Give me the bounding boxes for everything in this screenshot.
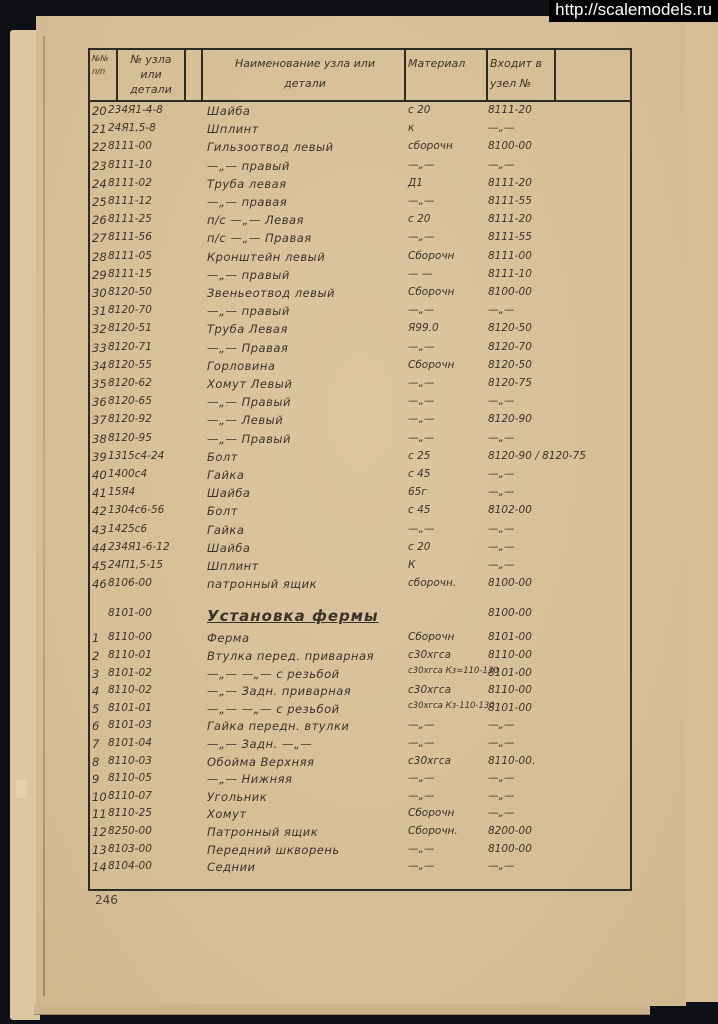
row-name: —„— Правый [207,395,291,409]
row-name: Угольник [207,790,267,804]
row-assembly: —„— [488,807,514,819]
table-row: 118110-25ХомутСборочн—„— [90,807,630,825]
row-name: —„— Правая [207,341,288,355]
watermark: http://scalemodels.ru [549,0,718,22]
row-number: 29 [92,268,107,282]
col-divider [554,50,556,100]
table-row: 308120-50Звеньеотвод левыйСборочн8100-00 [90,286,630,304]
table-row: 348120-55ГорловинаСборочн8120-50 [90,359,630,377]
page-number: 246 [95,893,118,907]
row-name: —„— правый [207,304,290,318]
row-name: Гайка [207,468,244,482]
row-name: —„— Правый [207,432,291,446]
row-material: —„— [408,231,434,243]
row-material: с30хгса Кз=110-130 [408,667,499,676]
row-part-number: 8120-71 [108,341,152,353]
row-part-number: 8106-00 [108,577,152,589]
row-assembly: 8111-20 [488,177,532,189]
row-material: сборочн [408,140,453,152]
row-material: к [408,122,414,134]
row-number: 10 [92,790,107,804]
row-assembly: 8100-00 [488,140,532,152]
table-row: 368120-65—„— Правый—„——„— [90,395,630,413]
row-part-number: 8120-95 [108,432,152,444]
col-divider [116,50,118,100]
table-row: 338120-71—„— Правая—„—8120-70 [90,341,630,359]
row-number: 22 [92,140,107,154]
row-material: —„— [408,195,434,207]
table-row: 138103-00Передний шкворень—„—8100-00 [90,843,630,861]
row-assembly: —„— [488,159,514,171]
row-number: 4 [92,684,99,698]
row-name: п/с —„— Левая [207,213,304,227]
table-row: 88110-03Обойма Верхняяс30хгса8110-00. [90,755,630,773]
table-row: 468106-00патронный ящиксборочн.8100-00 [90,577,630,595]
row-part-number: 8120-55 [108,359,152,371]
table-row: 20234Я1-4-8Шайбас 208111-20 [90,104,630,122]
row-name: Шайба [207,486,250,500]
row-number: 3 [92,667,99,681]
row-number: 9 [92,772,99,786]
row-assembly: 8120-70 [488,341,532,353]
row-part-number: 8101-03 [108,719,152,731]
row-assembly: —„— [488,541,514,553]
row-number: 25 [92,195,107,209]
row-name: Хомут [207,807,247,821]
row-name: —„— правый [207,268,290,282]
row-name: —„— Левый [207,413,283,427]
row-assembly: 8110-00 [488,649,532,661]
row-material: Сборочн [408,359,454,371]
row-material: Сборочн [408,807,454,819]
row-number: 21 [92,122,107,136]
row-part-number: 8120-51 [108,322,152,334]
row-part-number: 8120-62 [108,377,152,389]
row-material: Сборочн [408,250,454,262]
row-part-number: 8120-70 [108,304,152,316]
row-material: с30хгса [408,755,451,767]
row-part-number: 8111-05 [108,250,152,262]
row-material: —„— [408,395,434,407]
row-name: Передний шкворень [207,843,340,857]
row-number: 41 [92,486,107,500]
row-name: Болт [207,450,238,464]
table-row: 298111-15—„— правый— —8111-10 [90,268,630,286]
table-row: 391315с4-24Болтс 258120-90 / 8120-75 [90,450,630,468]
row-number: 43 [92,523,107,537]
section-title: Установка фермы [207,607,379,625]
row-material: —„— [408,377,434,389]
row-number: 2 [92,649,99,663]
row-assembly: 8111-55 [488,195,532,207]
row-material: сборочн. [408,577,456,589]
row-name: п/с —„— Правая [207,231,312,245]
row-material: —„— [408,860,434,872]
row-material: —„— [408,737,434,749]
row-part-number: 15Я4 [108,486,135,498]
row-part-number: 8110-00 [108,631,152,643]
table-row: 228111-00Гильзоотвод левыйсборочн8100-00 [90,140,630,158]
row-number: 13 [92,843,107,857]
row-assembly: —„— [488,122,514,134]
row-assembly: 8111-20 [488,213,532,225]
row-number: 31 [92,304,107,318]
row-material: —„— [408,843,434,855]
table-row: 128250-00Патронный ящикСборочн.8200-00 [90,825,630,843]
row-material: с 20 [408,541,430,553]
table-row: 388120-95—„— Правый—„——„— [90,432,630,450]
row-name: Труба левая [207,177,287,191]
row-name: —„— —„— с резьбой [207,702,340,716]
row-number: 5 [92,702,99,716]
row-assembly: 8111-10 [488,268,532,280]
row-part-number: 8111-02 [108,177,152,189]
table-row: 28110-01Втулка перед. приварнаяс30хгса81… [90,649,630,667]
row-number: 28 [92,250,107,264]
row-assembly: —„— [488,395,514,407]
row-number: 39 [92,450,107,464]
table-row: 44234Я1-6-12Шайбас 20—„— [90,541,630,559]
row-name: Гайка передн. втулки [207,719,349,733]
table-row: 268111-25п/с —„— Леваяс 208111-20 [90,213,630,231]
row-part-number: 8111-12 [108,195,152,207]
row-number: 11 [92,807,107,821]
row-name: Обойма Верхняя [207,755,314,769]
row-assembly: —„— [488,559,514,571]
row-part-number: 234Я1-4-8 [108,104,163,116]
row-material: К [408,559,415,571]
row-material: Д1 [408,177,423,189]
row-assembly: —„— [488,304,514,316]
table-row: 358120-62Хомут Левый—„—8120-75 [90,377,630,395]
row-part-number: 8250-00 [108,825,152,837]
row-name: —„— правый [207,159,290,173]
row-assembly: 8101-00 [488,702,532,714]
table-row: 48110-02—„— Задн. приварнаяс30хгса8110-0… [90,684,630,702]
row-assembly: 8101-00 [488,667,532,679]
row-material: с30хгса [408,684,451,696]
row-name: Шайба [207,541,250,555]
table-row: 98110-05—„— Нижняя—„——„— [90,772,630,790]
row-assembly: 8120-90 [488,413,532,425]
table-row: 78101-04—„— Задн. —„——„——„— [90,737,630,755]
row-assembly: 8120-75 [488,377,532,389]
row-name: Патронный ящик [207,825,318,839]
row-name: Шплинт [207,122,259,136]
row-number: 12 [92,825,107,839]
row-assembly: 8100-00 [488,286,532,298]
row-assembly: 8101-00 [488,631,532,643]
row-part-number: 8104-00 [108,860,152,872]
row-material: с 20 [408,213,430,225]
row-material: —„— [408,523,434,535]
row-part-number: 8101-02 [108,667,152,679]
row-part-number: 8110-05 [108,772,152,784]
row-material: —„— [408,432,434,444]
row-number: 23 [92,159,107,173]
row-name: Кронштейн левый [207,250,325,264]
row-part-number: 8111-00 [108,140,152,152]
section-header-row: 8101-00Установка фермы8100-00 [90,607,630,631]
row-assembly: —„— [488,432,514,444]
row-assembly: 8100-00 [488,577,532,589]
table-row: 68101-03Гайка передн. втулки—„——„— [90,719,630,737]
row-name: Шплинт [207,559,259,573]
row-name: —„— Задн. приварная [207,684,351,698]
row-name: Седнии [207,860,256,874]
row-material: —„— [408,790,434,802]
col-divider [404,50,406,100]
row-number: 44 [92,541,107,555]
row-part-number: 1425с6 [108,523,147,535]
row-assembly: —„— [488,719,514,731]
row-assembly: 8111-00 [488,250,532,262]
table-row: 58101-01—„— —„— с резьбойс30хгса Кз-110-… [90,702,630,720]
row-assembly: 8120-50 [488,322,532,334]
row-number: 34 [92,359,107,373]
binding-gutter [43,36,45,996]
row-name: Ферма [207,631,250,645]
row-name: Гайка [207,523,244,537]
row-number: 8 [92,755,99,769]
row-number: 33 [92,341,107,355]
row-part-number: 234Я1-6-12 [108,541,170,553]
row-number: 26 [92,213,107,227]
row-assembly: 8120-50 [488,359,532,371]
row-assembly: —„— [488,860,514,872]
row-name: Болт [207,504,238,518]
row-material: —„— [408,341,434,353]
table-row: 148104-00Седнии—„——„— [90,860,630,878]
row-material: с 20 [408,104,430,116]
row-part-number: 8101-01 [108,702,152,714]
row-assembly: —„— [488,468,514,480]
row-material: —„— [408,413,434,425]
table-row: 2124Я1,5-8Шплинтк—„— [90,122,630,140]
section-part: 8101-00 [108,607,152,619]
row-name: патронный ящик [207,577,317,591]
row-name: Гильзоотвод левый [207,140,334,154]
table-row: 258111-12—„— правая—„—8111-55 [90,195,630,213]
row-material: с 45 [408,504,430,516]
row-number: 6 [92,719,99,733]
row-material: Я99.0 [408,322,439,334]
row-part-number: 8110-25 [108,807,152,819]
row-material: Сборочн [408,631,454,643]
row-part-number: 8120-92 [108,413,152,425]
row-number: 38 [92,432,107,446]
row-number: 46 [92,577,107,591]
table-row: 328120-51Труба ЛеваяЯ99.08120-50 [90,322,630,340]
table-row: 38101-02—„— —„— с резьбойс30хгса Кз=110-… [90,667,630,685]
table-header: №№ п/п № узла или детали Наименование уз… [90,50,630,102]
row-name: Горловина [207,359,275,373]
row-material: с30хгса [408,649,451,661]
table-row: 4524П1,5-15ШплинтК—„— [90,559,630,577]
table-row: 278111-56п/с —„— Правая—„—8111-55 [90,231,630,249]
row-assembly: 8120-90 / 8120-75 [488,450,586,462]
table-row: 108110-07Угольник—„——„— [90,790,630,808]
row-name: —„— Нижняя [207,772,292,786]
header-num: №№ п/п [92,52,116,78]
row-name: Труба Левая [207,322,288,336]
row-part-number: 24Я1,5-8 [108,122,156,134]
row-name: —„— —„— с резьбой [207,667,340,681]
row-assembly: —„— [488,772,514,784]
row-part-number: 8110-02 [108,684,152,696]
row-part-number: 8110-07 [108,790,152,802]
row-part-number: 8111-15 [108,268,152,280]
row-part-number: 1400с4 [108,468,147,480]
next-page-edge [683,12,718,1002]
row-part-number: 8111-56 [108,231,152,243]
col-divider [201,50,203,100]
row-material: Сборочн [408,286,454,298]
header-material: Материал [408,56,484,71]
row-part-number: 8111-25 [108,213,152,225]
row-part-number: 8110-03 [108,755,152,767]
row-part-number: 8111-10 [108,159,152,171]
row-number: 37 [92,413,107,427]
row-number: 14 [92,860,107,874]
col-divider [184,50,186,100]
header-assembly: Входит в узел № [490,54,552,94]
row-material: —„— [408,159,434,171]
section-assembly: 8100-00 [488,607,532,619]
row-assembly: 8111-20 [488,104,532,116]
row-part-number: 8120-50 [108,286,152,298]
row-part-number: 24П1,5-15 [108,559,163,571]
row-name: Втулка перед. приварная [207,649,374,663]
row-assembly: 8110-00 [488,684,532,696]
row-number: 32 [92,322,107,336]
row-assembly: 8200-00 [488,825,532,837]
row-part-number: 8110-01 [108,649,152,661]
row-name: Звеньеотвод левый [207,286,335,300]
row-assembly: —„— [488,523,514,535]
row-part-number: 8101-04 [108,737,152,749]
row-assembly: 8102-00 [488,504,532,516]
row-part-number: 8120-65 [108,395,152,407]
row-assembly: 8111-55 [488,231,532,243]
row-name: —„— Задн. —„— [207,737,312,751]
row-number: 24 [92,177,107,191]
row-number: 40 [92,468,107,482]
row-assembly: —„— [488,486,514,498]
row-assembly: 8110-00. [488,755,535,767]
row-name: —„— правая [207,195,287,209]
header-part: № узла или детали [120,52,182,97]
row-number: 30 [92,286,107,300]
row-part-number: 1315с4-24 [108,450,164,462]
row-assembly: 8100-00 [488,843,532,855]
table-row: 248111-02Труба леваяД18111-20 [90,177,630,195]
row-material: —„— [408,772,434,784]
row-number: 45 [92,559,107,573]
table-row: 421304с6-56Болтс 458102-00 [90,504,630,522]
row-material: Сборочн. [408,825,458,837]
table-row: 401400с4Гайкас 45—„— [90,468,630,486]
row-part-number: 8103-00 [108,843,152,855]
table-row: 288111-05Кронштейн левыйСборочн8111-00 [90,250,630,268]
table-row: 18110-00ФермаСборочн8101-00 [90,631,630,649]
row-number: 20 [92,104,107,118]
table-row: 431425с6Гайка—„——„— [90,523,630,541]
row-number: 27 [92,231,107,245]
row-assembly: —„— [488,790,514,802]
row-number: 35 [92,377,107,391]
table-row: 238111-10—„— правый—„——„— [90,159,630,177]
col-divider [486,50,488,100]
page-bottom-edge [34,1004,650,1015]
row-part-number: 1304с6-56 [108,504,164,516]
table-row: 378120-92—„— Левый—„—8120-90 [90,413,630,431]
row-material: 65г [408,486,427,498]
row-number: 42 [92,504,107,518]
parts-table: №№ п/п № узла или детали Наименование уз… [88,48,632,891]
row-material: с 25 [408,450,430,462]
row-assembly: —„— [488,737,514,749]
table-row: 318120-70—„— правый—„——„— [90,304,630,322]
row-material: с30хгса Кз-110-130 [408,702,495,711]
row-material: —„— [408,719,434,731]
row-material: —„— [408,304,434,316]
row-material: — — [408,268,432,280]
row-material: с 45 [408,468,430,480]
table-row: 4115Я4Шайба65г—„— [90,486,630,504]
row-name: Хомут Левый [207,377,292,391]
row-number: 36 [92,395,107,409]
page-tab-marker [16,780,26,798]
row-name: Шайба [207,104,250,118]
row-number: 1 [92,631,99,645]
header-name: Наименование узла или детали [220,54,390,94]
row-number: 7 [92,737,99,751]
